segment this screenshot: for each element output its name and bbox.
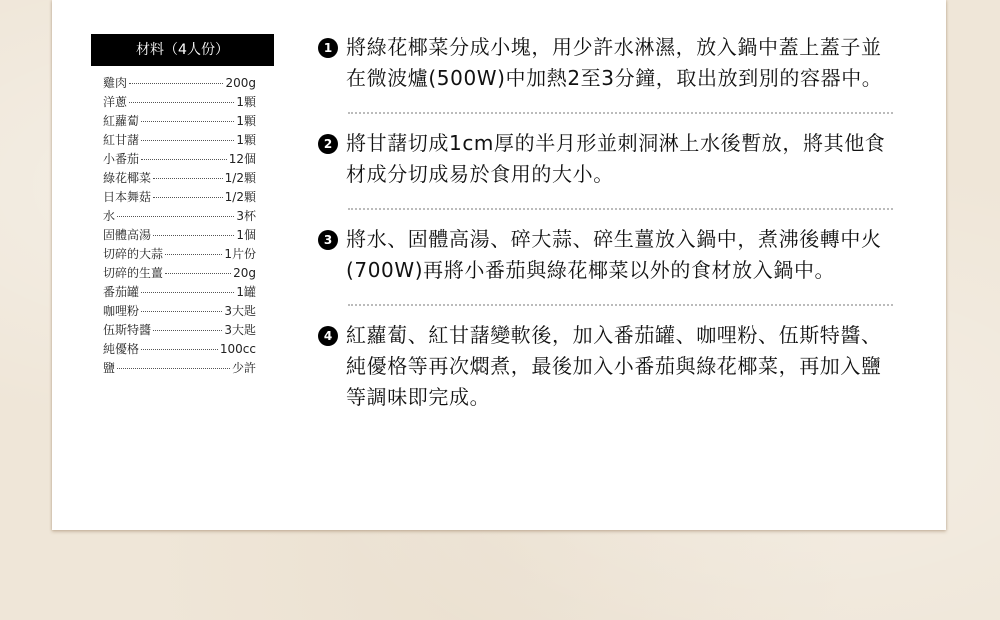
ingredient-qty: 1片份 — [224, 245, 256, 264]
leader-dots — [153, 197, 223, 198]
leader-dots — [153, 330, 222, 331]
ingredient-qty: 3杯 — [236, 207, 256, 226]
ingredient-name: 小番茄 — [103, 150, 139, 169]
ingredient-qty: 1罐 — [236, 283, 256, 302]
leader-dots — [141, 159, 227, 160]
ingredient-row: 紅甘藷1顆 — [103, 131, 256, 150]
step-text: 將水、固體高湯、碎大蒜、碎生薑放入鍋中，煮沸後轉中火(700W)再將小番茄與綠花… — [346, 224, 896, 286]
ingredient-qty: 少許 — [232, 359, 256, 378]
ingredient-row: 雞肉200g — [103, 74, 256, 93]
ingredient-row: 切碎的大蒜1片份 — [103, 245, 256, 264]
ingredient-name: 日本舞菇 — [103, 188, 151, 207]
ingredient-qty: 12個 — [229, 150, 256, 169]
ingredient-qty: 1個 — [236, 226, 256, 245]
step-item: 3 將水、固體高湯、碎大蒜、碎生薑放入鍋中，煮沸後轉中火(700W)再將小番茄與… — [318, 224, 898, 286]
ingredient-name: 純優格 — [103, 340, 139, 359]
ingredient-qty: 1顆 — [236, 93, 256, 112]
ingredients-list: 雞肉200g 洋蔥1顆 紅蘿蔔1顆 紅甘藷1顆 小番茄12個 綠花椰菜1/2顆 … — [91, 74, 274, 378]
leader-dots — [129, 102, 234, 103]
step-number-badge: 1 — [318, 38, 338, 58]
ingredient-name: 紅蘿蔔 — [103, 112, 139, 131]
ingredient-row: 咖哩粉3大匙 — [103, 302, 256, 321]
ingredient-row: 番茄罐1罐 — [103, 283, 256, 302]
step-item: 1 將綠花椰菜分成小塊，用少許水淋濕，放入鍋中蓋上蓋子並在微波爐(500W)中加… — [318, 32, 898, 94]
ingredient-qty: 1顆 — [236, 131, 256, 150]
leader-dots — [141, 140, 234, 141]
ingredient-row: 紅蘿蔔1顆 — [103, 112, 256, 131]
ingredient-qty: 1顆 — [236, 112, 256, 131]
leader-dots — [141, 349, 218, 350]
step-number-badge: 3 — [318, 230, 338, 250]
step-number-badge: 4 — [318, 326, 338, 346]
ingredient-qty: 20g — [233, 264, 256, 283]
step-text: 將甘藷切成1cm厚的半月形並刺洞淋上水後暫放，將其他食材成分切成易於食用的大小。 — [346, 128, 896, 190]
ingredient-name: 切碎的大蒜 — [103, 245, 163, 264]
ingredient-row: 切碎的生薑20g — [103, 264, 256, 283]
ingredient-name: 番茄罐 — [103, 283, 139, 302]
ingredient-row: 日本舞菇1/2顆 — [103, 188, 256, 207]
leader-dots — [165, 273, 231, 274]
ingredient-name: 水 — [103, 207, 115, 226]
step-text: 紅蘿蔔、紅甘藷變軟後，加入番茄罐、咖哩粉、伍斯特醬、純優格等再次燜煮，最後加入小… — [346, 320, 896, 413]
recipe-card: 材料（4人份） 雞肉200g 洋蔥1顆 紅蘿蔔1顆 紅甘藷1顆 小番茄12個 綠… — [52, 0, 946, 530]
ingredient-name: 綠花椰菜 — [103, 169, 151, 188]
dotted-divider — [348, 112, 893, 114]
ingredient-name: 雞肉 — [103, 74, 127, 93]
ingredient-name: 紅甘藷 — [103, 131, 139, 150]
leader-dots — [129, 83, 223, 84]
leader-dots — [117, 216, 234, 217]
ingredient-row: 鹽少許 — [103, 359, 256, 378]
ingredient-name: 洋蔥 — [103, 93, 127, 112]
step-text: 將綠花椰菜分成小塊，用少許水淋濕，放入鍋中蓋上蓋子並在微波爐(500W)中加熱2… — [346, 32, 896, 94]
leader-dots — [153, 178, 223, 179]
ingredient-row: 洋蔥1顆 — [103, 93, 256, 112]
ingredient-name: 伍斯特醬 — [103, 321, 151, 340]
ingredient-qty: 1/2顆 — [225, 188, 256, 207]
ingredient-name: 鹽 — [103, 359, 115, 378]
ingredient-row: 純優格100cc — [103, 340, 256, 359]
ingredient-qty: 1/2顆 — [225, 169, 256, 188]
ingredient-name: 切碎的生薑 — [103, 264, 163, 283]
dotted-divider — [348, 304, 893, 306]
ingredients-title: 材料（4人份） — [91, 34, 274, 66]
leader-dots — [165, 254, 222, 255]
leader-dots — [153, 235, 234, 236]
leader-dots — [117, 368, 230, 369]
step-item: 4 紅蘿蔔、紅甘藷變軟後，加入番茄罐、咖哩粉、伍斯特醬、純優格等再次燜煮，最後加… — [318, 320, 898, 413]
ingredient-name: 咖哩粉 — [103, 302, 139, 321]
ingredient-row: 綠花椰菜1/2顆 — [103, 169, 256, 188]
ingredient-qty: 3大匙 — [224, 321, 256, 340]
ingredient-qty: 200g — [225, 74, 256, 93]
steps-panel: 1 將綠花椰菜分成小塊，用少許水淋濕，放入鍋中蓋上蓋子並在微波爐(500W)中加… — [318, 32, 898, 413]
leader-dots — [141, 121, 234, 122]
ingredients-panel: 材料（4人份） 雞肉200g 洋蔥1顆 紅蘿蔔1顆 紅甘藷1顆 小番茄12個 綠… — [91, 34, 274, 378]
ingredient-row: 小番茄12個 — [103, 150, 256, 169]
ingredient-qty: 3大匙 — [224, 302, 256, 321]
ingredient-name: 固體高湯 — [103, 226, 151, 245]
step-number-badge: 2 — [318, 134, 338, 154]
ingredient-qty: 100cc — [220, 340, 256, 359]
ingredient-row: 伍斯特醬3大匙 — [103, 321, 256, 340]
leader-dots — [141, 292, 234, 293]
ingredient-row: 固體高湯1個 — [103, 226, 256, 245]
dotted-divider — [348, 208, 893, 210]
ingredient-row: 水3杯 — [103, 207, 256, 226]
leader-dots — [141, 311, 222, 312]
step-item: 2 將甘藷切成1cm厚的半月形並刺洞淋上水後暫放，將其他食材成分切成易於食用的大… — [318, 128, 898, 190]
